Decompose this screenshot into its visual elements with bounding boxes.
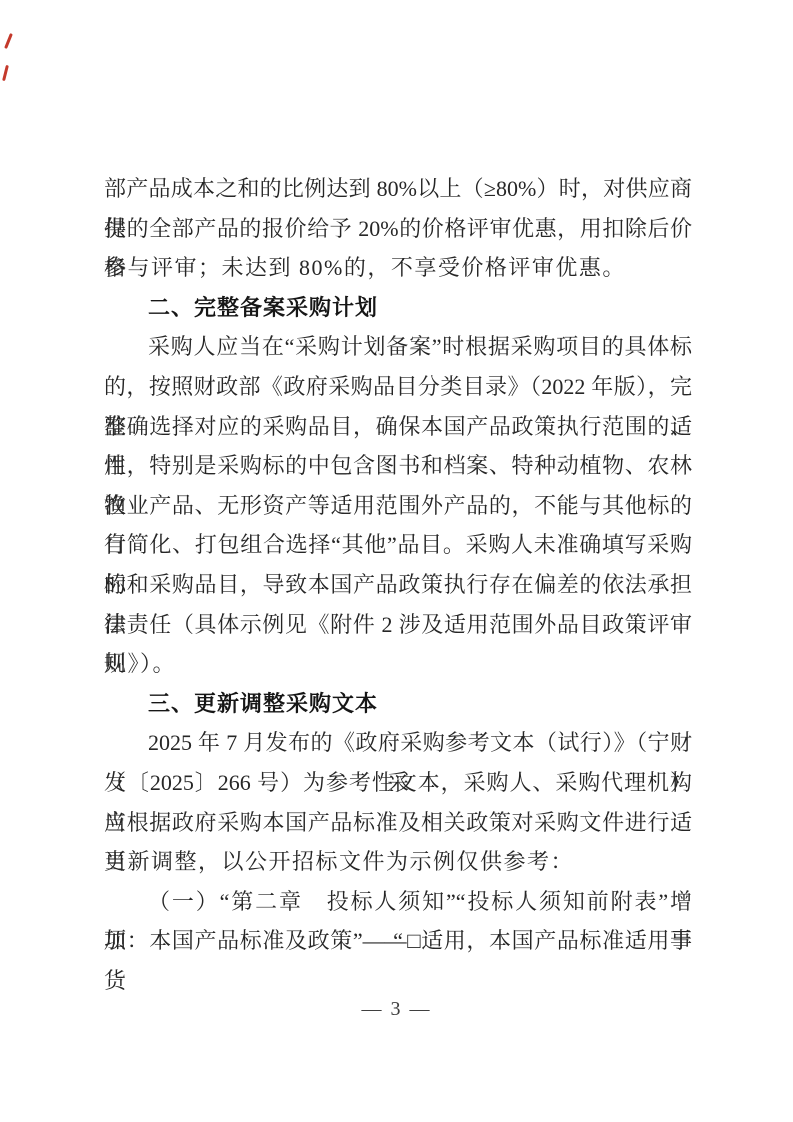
text-line: 供的全部产品的报价给予 20%的价格评审优惠，用扣除后价格 xyxy=(104,209,692,249)
text-line: 采购人应当在“采购计划备案”时根据采购项目的具体标 xyxy=(104,327,692,367)
text-line: 律责任（具体示例见《附件 2 涉及适用范围外品目政策评审规 xyxy=(104,605,692,645)
text-line: 准确选择对应的采购品目，确保本国产品政策执行范围的适用 xyxy=(104,407,692,447)
red-pen-mark xyxy=(4,33,13,49)
section-heading-3: 三、更新调整采购文本 xyxy=(104,684,692,724)
page-number: — 3 — xyxy=(0,998,793,1021)
document-page: 部产品成本之和的比例达到 80%以上（≥80%）时，对供应商提 供的全部产品的报… xyxy=(0,0,793,1122)
text-line: 的和采购品目，导致本国产品政策执行存在偏差的依法承担法 xyxy=(104,565,692,605)
text-line: 项：本国产品标准及政策”——□适用，本国产品标准适用于货 xyxy=(104,921,692,961)
text-line: 行简化、打包组合选择“其他”品目。采购人未准确填写采购标 xyxy=(104,525,692,565)
text-line: 部产品成本之和的比例达到 80%以上（≥80%）时，对供应商提 xyxy=(104,169,692,209)
text-line: 的，按照财政部《政府采购品目分类目录》（2022 年版），完整、 xyxy=(104,367,692,407)
text-line: （一）“第二章 投标人须知”“投标人须知前附表”增加“事 xyxy=(104,882,692,922)
text-line: 性，特别是采购标的中包含图书和档案、特种动植物、农林牧 xyxy=(104,446,692,486)
text-line: 则》）。 xyxy=(104,644,692,684)
text-line: 当根据政府采购本国产品标准及相关政策对采购文件进行适当 xyxy=(104,803,692,843)
text-line: 参与评审；未达到 80%的，不享受价格评审优惠。 xyxy=(104,248,692,288)
section-heading-2: 二、完整备案采购计划 xyxy=(104,288,692,328)
text-line: 渔业产品、无形资产等适用范围外产品的，不能与其他标的自 xyxy=(104,486,692,526)
text-line: 2025 年 7 月发布的《政府采购参考文本（试行）》（宁财（采） xyxy=(104,723,692,763)
text-line: 更新调整，以公开招标文件为示例仅供参考： xyxy=(104,842,692,882)
red-pen-mark xyxy=(2,65,9,81)
document-body: 部产品成本之和的比例达到 80%以上（≥80%）时，对供应商提 供的全部产品的报… xyxy=(104,169,692,961)
text-line: 发〔2025〕266 号）为参考性文本，采购人、采购代理机构应 xyxy=(104,763,692,803)
